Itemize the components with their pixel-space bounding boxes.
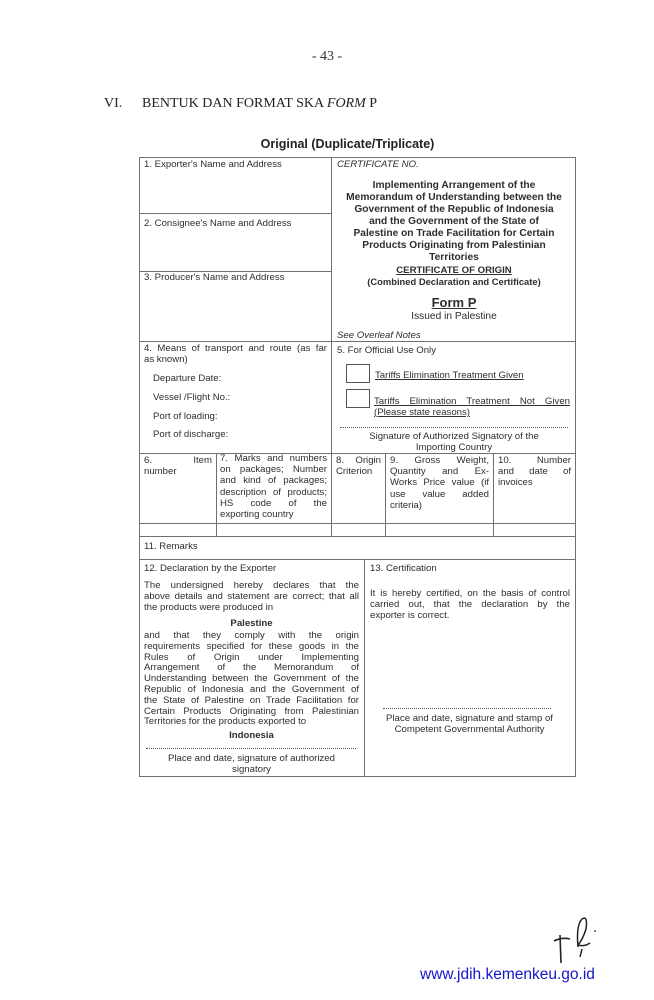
col-text: HS code of the: [220, 498, 327, 509]
form-name: Form P: [332, 295, 576, 310]
divider-remarks: [139, 559, 576, 560]
departure-date-label: Departure Date:: [153, 373, 221, 384]
remarks-label: 11. Remarks: [144, 541, 198, 552]
header-line: Government of the Republic of Indonesia: [332, 204, 576, 216]
signature-text: Signature of Authorized Signatory of the: [332, 431, 576, 442]
divider-goods-row: [139, 536, 576, 537]
divider-goods-header: [139, 523, 576, 524]
divider-col7: [331, 453, 332, 537]
col-text: Works Price value (if: [390, 477, 489, 488]
certification-title: 13. Certification: [370, 563, 437, 574]
section-heading: VI.BENTUK DAN FORMAT SKA FORM P: [104, 96, 377, 112]
col-text: and date of: [498, 466, 571, 477]
col-text: criteria): [390, 500, 489, 511]
producer-label: 3. Producer's Name and Address: [144, 272, 284, 283]
signature-text: Importing Country: [332, 442, 576, 453]
signature-text: Place and date, signature and stamp of: [364, 713, 575, 724]
col-gross-weight: 9. Gross Weight, Quantity and Ex- Works …: [390, 455, 489, 511]
col-text: exporting country: [220, 509, 327, 520]
border-left: [139, 157, 140, 777]
importing-signature-label: Signature of Authorized Signatory of the…: [332, 431, 576, 453]
col-marks-description: 7. Marks and numbers on packages; Number…: [220, 453, 327, 520]
border-top: [139, 157, 576, 158]
overleaf-notes: See Overleaf Notes: [337, 330, 421, 341]
col-text: 10. Number: [498, 455, 571, 466]
handwritten-initials-icon: [548, 905, 608, 965]
border-bottom: [139, 776, 576, 777]
col-text: invoices: [498, 477, 571, 488]
col-text: 7. Marks and numbers: [220, 453, 327, 464]
divider-col6: [216, 453, 217, 537]
header-line: Palestine on Trade Facilitation for Cert…: [332, 228, 576, 240]
port-loading-label: Port of loading:: [153, 411, 218, 422]
header-line: Territories: [332, 252, 576, 264]
certificate-subtitle: (Combined Declaration and Certificate): [332, 276, 576, 287]
col-text: on packages; Number: [220, 464, 327, 475]
footer-url-link[interactable]: www.jdih.kemenkeu.go.id: [420, 966, 595, 984]
para-line: exporter is correct.: [370, 610, 570, 621]
treatment-given-checkbox[interactable]: [346, 364, 370, 383]
col-text: description of products;: [220, 487, 327, 498]
exporter-signature-line: [146, 748, 356, 749]
page-number: - 43 -: [0, 49, 654, 65]
para-line: requirements specified for these goods i…: [144, 642, 359, 653]
copy-label: Original (Duplicate/Triplicate): [0, 137, 654, 151]
col-text: number: [144, 466, 212, 477]
consignee-label: 2. Consignee's Name and Address: [144, 218, 291, 229]
para-line: It is hereby certified, on the basis of …: [370, 588, 570, 599]
signature-text: Place and date, signature of authorized: [139, 754, 364, 765]
para-line: the State of Palestine on Trade Facilita…: [144, 696, 359, 707]
divider-box12: [364, 559, 365, 776]
col-text: and kind of packages;: [220, 475, 327, 486]
signature-text: signatory: [139, 765, 364, 776]
header-line: and the Government of the State of: [332, 216, 576, 228]
transport-label-cont: as known): [144, 354, 188, 365]
col-text: 8. Origin: [336, 455, 381, 466]
divider-col8: [385, 453, 386, 537]
transport-label: 4. Means of transport and route (as far: [144, 343, 327, 354]
origin-country: Palestine: [139, 618, 364, 629]
col-text: 6. Item: [144, 455, 212, 466]
section-title-suffix: P: [366, 96, 377, 111]
col-text: 9. Gross Weight,: [390, 455, 489, 466]
para-line: the products were produced in: [144, 602, 359, 613]
para-line: above details and statement are correct;…: [144, 591, 359, 602]
issued-in: Issued in Palestine: [332, 311, 576, 322]
destination-country: Indonesia: [139, 730, 364, 741]
section-title-italic: FORM: [327, 96, 366, 111]
authority-signature-label: Place and date, signature and stamp of C…: [364, 713, 575, 735]
declaration-para1: The undersigned hereby declares that the…: [144, 580, 359, 614]
header-line: Implementing Arrangement of the: [332, 180, 576, 192]
header-line: Memorandum of Understanding between the: [332, 192, 576, 204]
treatment-not-given-label: Tariffs Elimination Treatment Not Given: [374, 396, 570, 407]
para-line: The undersigned hereby declares that the: [144, 580, 359, 591]
certificate-number-label: CERTIFICATE NO.: [337, 159, 419, 170]
vessel-flight-label: Vessel /Flight No.:: [153, 392, 230, 403]
para-line: Territories for the products exported to: [144, 717, 359, 728]
official-use-label: 5. For Official Use Only: [337, 345, 436, 356]
certification-para: It is hereby certified, on the basis of …: [370, 588, 570, 622]
exporter-signature-label: Place and date, signature of authorized …: [139, 754, 364, 775]
col-text: Criterion: [336, 466, 381, 477]
certificate-title: CERTIFICATE OF ORIGIN: [332, 265, 576, 276]
treatment-not-given-checkbox[interactable]: [346, 389, 370, 408]
col-origin-criterion: 8. Origin Criterion: [336, 455, 381, 477]
signature-text: Competent Governmental Authority: [364, 724, 575, 735]
treatment-given-label: Tariffs Elimination Treatment Given: [375, 370, 524, 381]
header-line: Products Originating from Palestinian: [332, 240, 576, 252]
port-discharge-label: Port of discharge:: [153, 429, 228, 440]
authority-signature-line: [383, 708, 551, 709]
para-line: carried out, that the declaration by the: [370, 599, 570, 610]
col-text: Quantity and Ex-: [390, 466, 489, 477]
declaration-title: 12. Declaration by the Exporter: [144, 563, 276, 574]
importing-signature-line: [340, 427, 568, 428]
exporter-label: 1. Exporter's Name and Address: [144, 159, 282, 170]
divider-col9: [493, 453, 494, 537]
col-item-number: 6. Item number: [144, 455, 212, 477]
col-invoices: 10. Number and date of invoices: [498, 455, 571, 489]
section-number: VI.: [104, 96, 142, 112]
section-title-prefix: BENTUK DAN FORMAT SKA: [142, 96, 327, 111]
treatment-not-given-reason: (Please state reasons): [374, 407, 470, 418]
certificate-header: Implementing Arrangement of the Memorand…: [332, 180, 576, 264]
divider-box1: [139, 213, 331, 214]
col-text: use value added: [390, 489, 489, 500]
declaration-para2: and that they comply with the origin req…: [144, 631, 359, 728]
